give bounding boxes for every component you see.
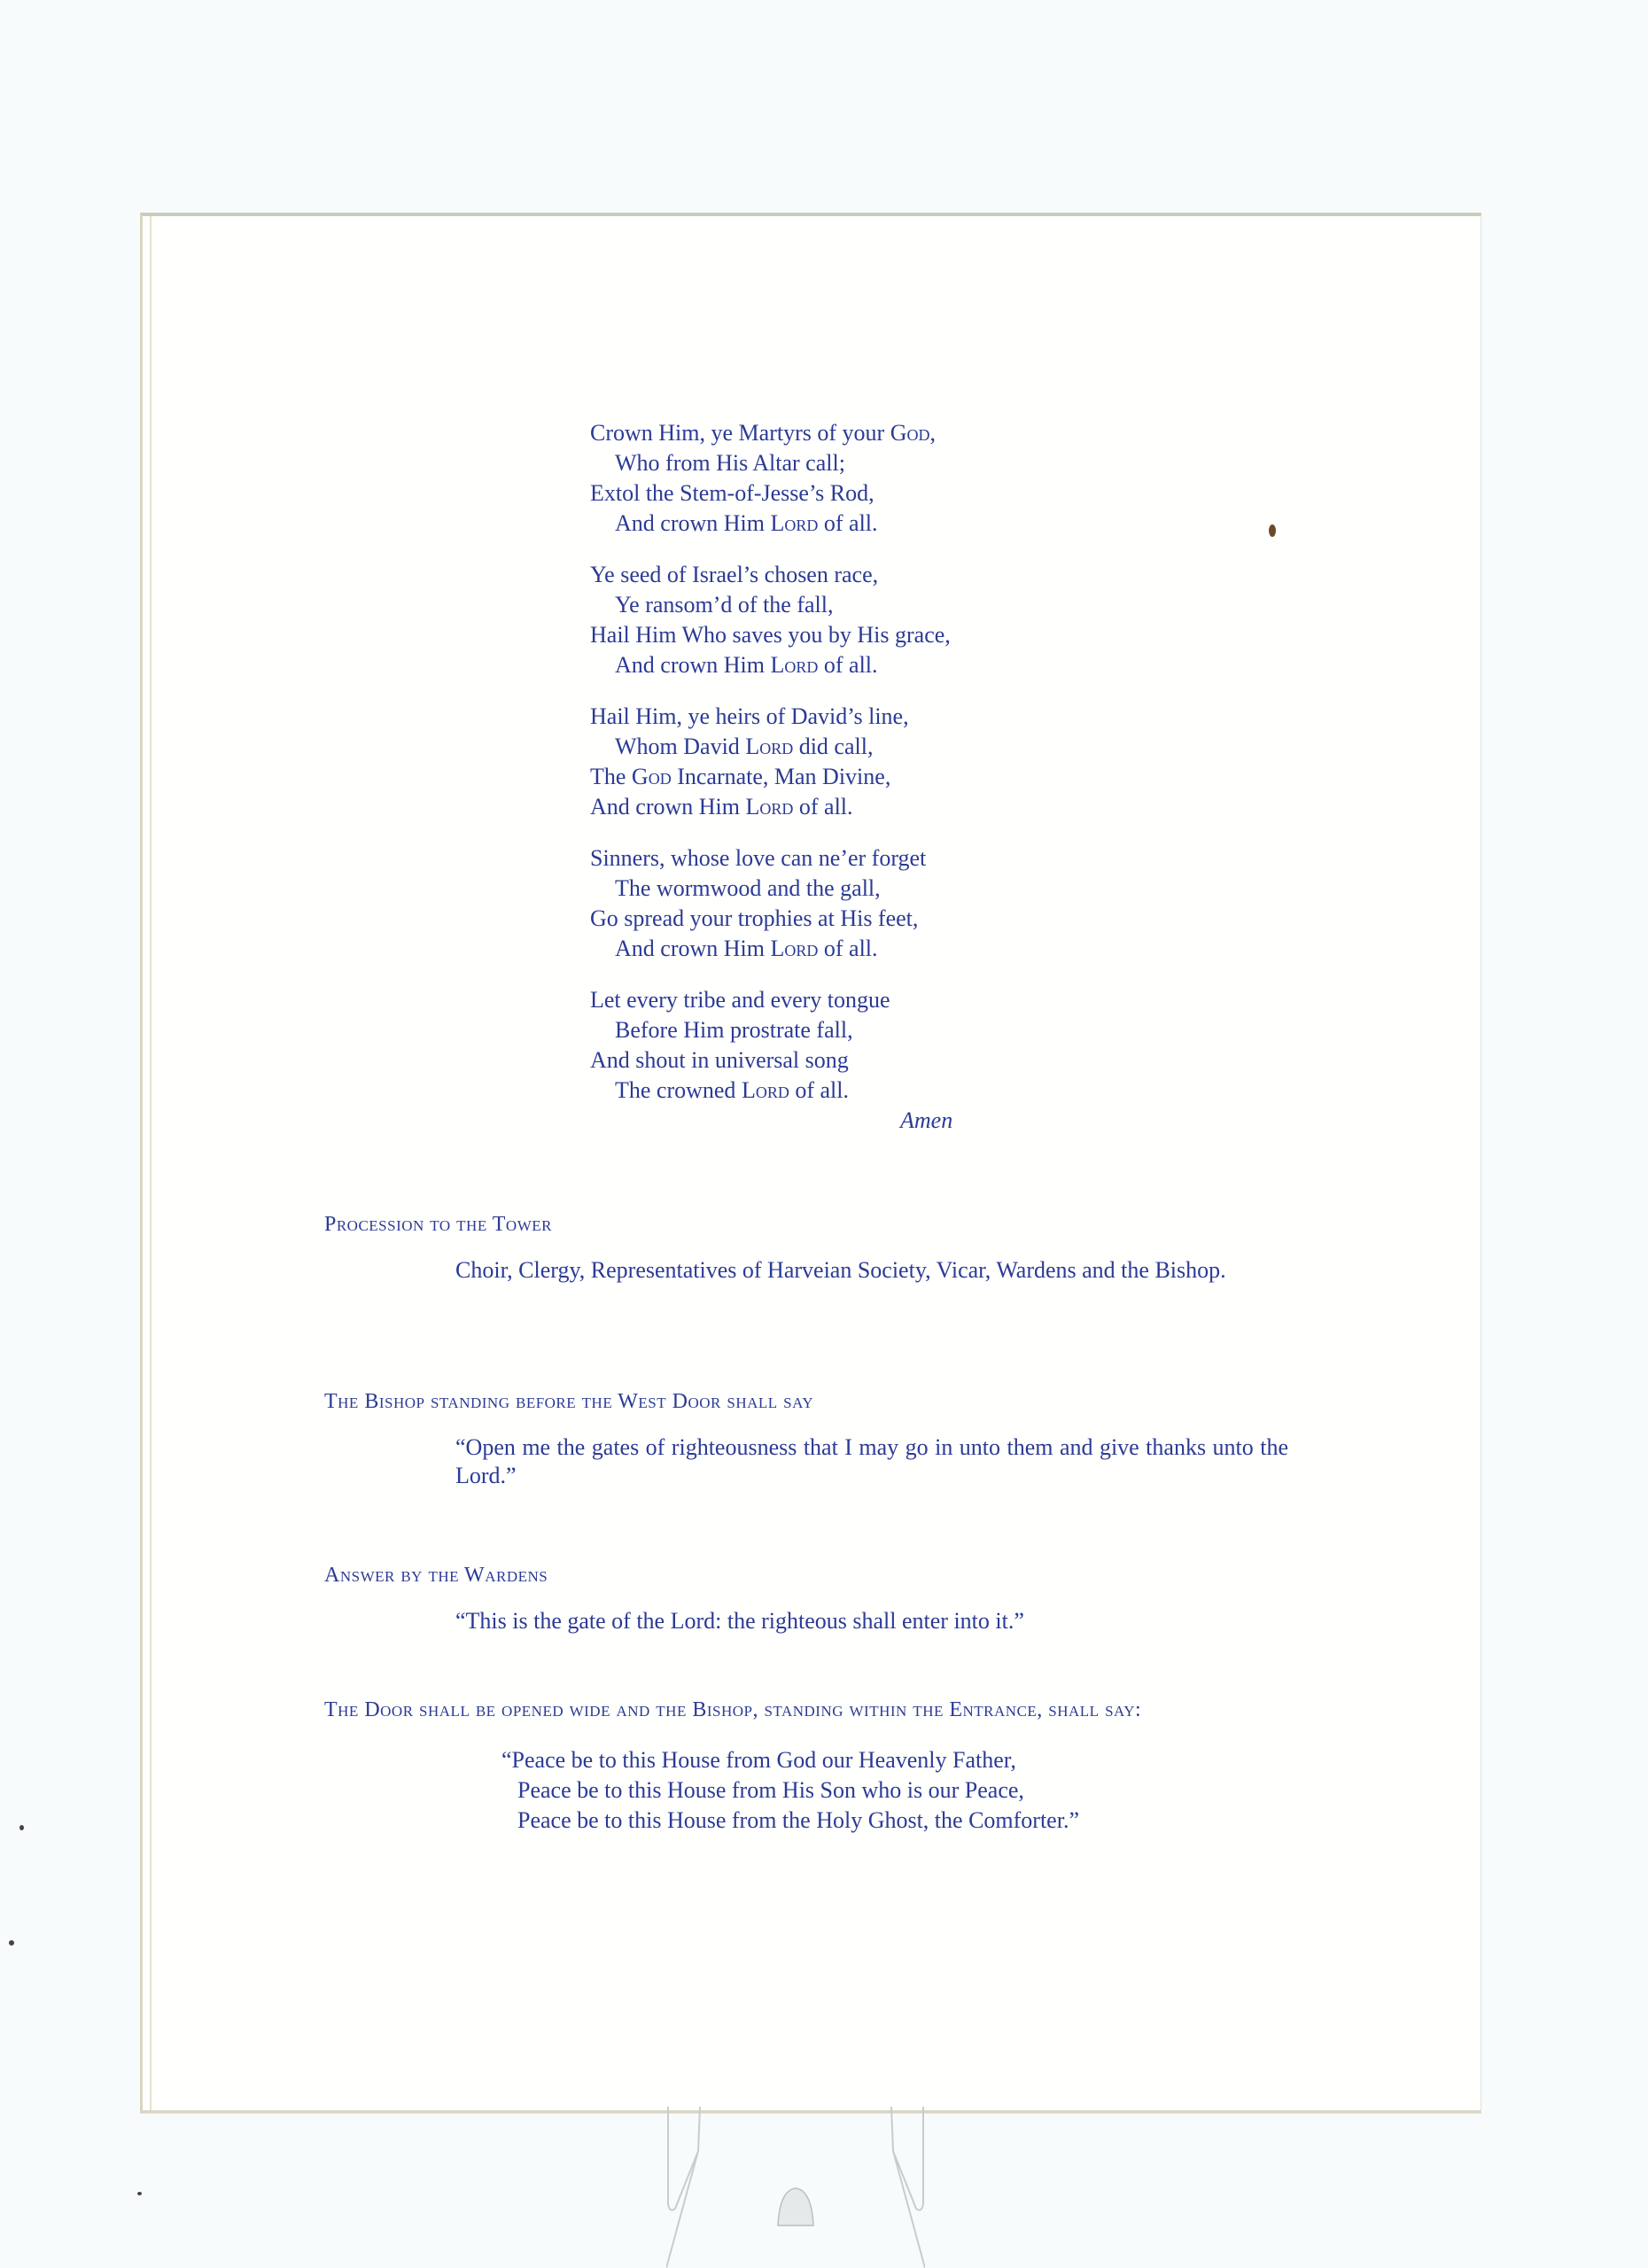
bishop-section: The Bishop standing before the West Door… <box>324 1387 1299 1490</box>
door-heading: The Door shall be opened wide and the Bi… <box>324 1696 1290 1724</box>
hymn-line: The crowned Lord of all. <box>590 1076 1210 1106</box>
dust-speck <box>9 1940 14 1946</box>
hymn-line: The God Incarnate, Man Divine, <box>590 762 1210 792</box>
amen-text: Amen <box>590 1106 1210 1136</box>
easel-stand <box>666 2107 925 2268</box>
door-section: The Door shall be opened wide and the Bi… <box>324 1696 1299 1836</box>
hymn-verse: Ye seed of Israel’s chosen race,Ye ranso… <box>590 560 1210 680</box>
peace-line: “Peace be to this House from God our Hea… <box>501 1745 1299 1775</box>
hymn-verse: Let every tribe and every tongueBefore H… <box>590 985 1210 1136</box>
procession-heading: Procession to the Tower <box>324 1210 1299 1239</box>
hymn-line: Crown Him, ye Martyrs of your God, <box>590 418 1210 448</box>
procession-text: Choir, Clergy, Representatives of Harvei… <box>455 1256 1341 1285</box>
hymn-line: And shout in universal song <box>590 1045 1210 1076</box>
dust-speck <box>137 2192 142 2195</box>
hymn-line: Before Him prostrate fall, <box>590 1015 1210 1045</box>
peace-line: Peace be to this House from His Son who … <box>501 1775 1299 1806</box>
hymn-line: Sinners, whose love can ne’er forget <box>590 843 1210 874</box>
stain-mark <box>1269 524 1276 537</box>
hymn-line: Whom David Lord did call, <box>590 732 1210 762</box>
hymn-line: Ye ransom’d of the fall, <box>590 590 1210 620</box>
dust-speck <box>19 1825 24 1830</box>
hymn-line: Let every tribe and every tongue <box>590 985 1210 1015</box>
hymn-verse: Sinners, whose love can ne’er forgetThe … <box>590 843 1210 964</box>
booklet-page: Crown Him, ye Martyrs of your God,Who fr… <box>140 213 1481 2113</box>
bishop-text: “Open me the gates of righteousness that… <box>455 1433 1288 1490</box>
hymn-line: And crown Him Lord of all. <box>590 509 1210 539</box>
procession-section: Procession to the Tower Choir, Clergy, R… <box>324 1210 1299 1285</box>
hymn-text: Crown Him, ye Martyrs of your God,Who fr… <box>590 418 1210 1136</box>
hymn-line: Go spread your trophies at His feet, <box>590 904 1210 934</box>
hymn-line: Hail Him Who saves you by His grace, <box>590 620 1210 650</box>
hymn-line: Ye seed of Israel’s chosen race, <box>590 560 1210 590</box>
hymn-line: And crown Him Lord of all. <box>590 934 1210 964</box>
wardens-section: Answer by the Wardens “This is the gate … <box>324 1561 1299 1635</box>
hymn-line: And crown Him Lord of all. <box>590 792 1210 822</box>
hymn-line: Extol the Stem-of-Jesse’s Rod, <box>590 478 1210 509</box>
hymn-line: The wormwood and the gall, <box>590 874 1210 904</box>
hymn-verse: Hail Him, ye heirs of David’s line,Whom … <box>590 702 1210 822</box>
peace-line: Peace be to this House from the Holy Gho… <box>501 1806 1299 1836</box>
wardens-heading: Answer by the Wardens <box>324 1561 1299 1589</box>
peace-blessing: “Peace be to this House from God our Hea… <box>501 1745 1299 1836</box>
wardens-text: “This is the gate of the Lord: the right… <box>455 1607 1299 1635</box>
hymn-line: Who from His Altar call; <box>590 448 1210 478</box>
hymn-line: Hail Him, ye heirs of David’s line, <box>590 702 1210 732</box>
bishop-heading: The Bishop standing before the West Door… <box>324 1387 1299 1416</box>
hymn-line: And crown Him Lord of all. <box>590 650 1210 680</box>
page-spine <box>150 216 152 2110</box>
hymn-verse: Crown Him, ye Martyrs of your God,Who fr… <box>590 418 1210 539</box>
